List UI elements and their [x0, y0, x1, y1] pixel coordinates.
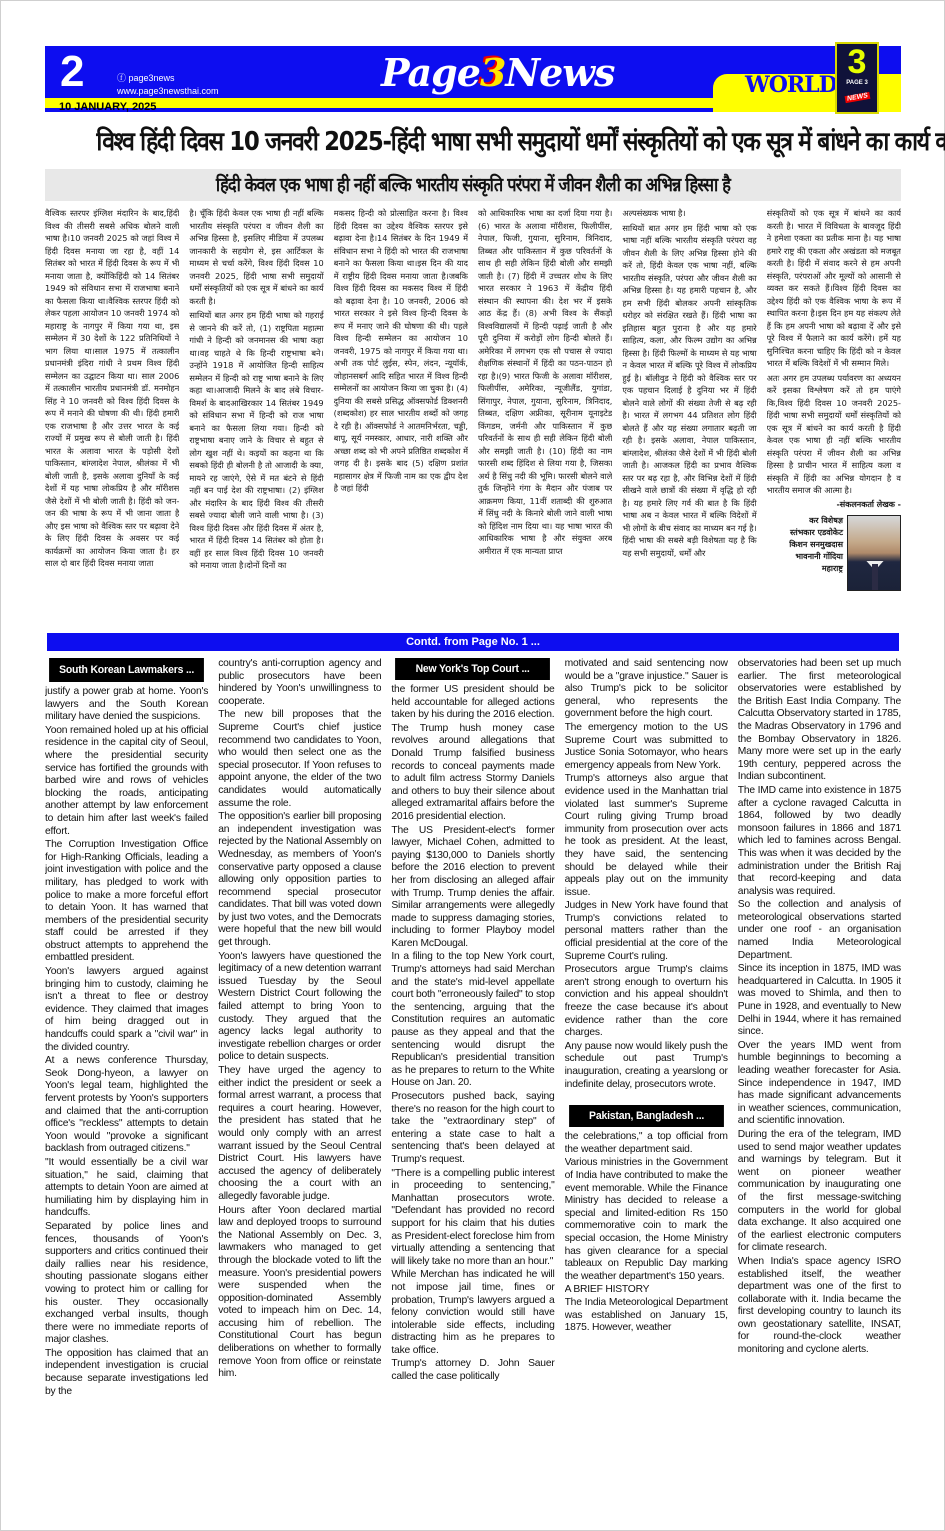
article-paragraph: Separated by police lines and fences, th…	[45, 1221, 208, 1347]
facebook-icon: ⓕ	[117, 73, 129, 83]
newspaper-page: 2 ⓕ page3news www.page3newsthai.com 10 J…	[0, 0, 945, 1531]
english-column-1: South Korean Lawmakers ... justify a pow…	[45, 658, 208, 1498]
article-paragraph: the former US president should be held a…	[391, 684, 554, 722]
english-articles: South Korean Lawmakers ... justify a pow…	[45, 658, 901, 1498]
article-paragraph: At a news conference Thursday, Seok Dong…	[45, 1055, 208, 1156]
article-paragraph: country's anti-corruption agency and pub…	[218, 658, 381, 708]
article-paragraph: Judges in New York have found that Trump…	[565, 900, 728, 963]
article-paragraph: Hours after Yoon declared martial law an…	[218, 1205, 381, 1381]
english-column-4: motivated and said sentencing now would …	[565, 658, 728, 1498]
english-column-5: observatories had been set up much earli…	[738, 658, 901, 1498]
article-paragraph: When India's space agency ISRO establish…	[738, 1256, 901, 1357]
article-paragraph: "There is a compelling public interest i…	[391, 1168, 554, 1269]
article-paragraph: Various ministries in the Government of …	[565, 1157, 728, 1283]
article-paragraph: They have urged the agency to either ind…	[218, 1065, 381, 1204]
hindi-column-5: अल्पसंख्यक भाषा है। साथियों बात अगर हम ह…	[622, 207, 756, 625]
article-paragraph: The opposition's earlier bill proposing …	[218, 811, 381, 950]
continued-from-page-bar: Contd. from Page No. 1 ...	[47, 633, 899, 651]
article-paragraph: motivated and said sentencing now would …	[565, 658, 728, 721]
english-column-3: New York's Top Court ... the former US p…	[391, 658, 554, 1498]
issue-date: 10 JANUARY, 2025	[59, 101, 156, 113]
article-paragraph: the celebrations," a top official from t…	[565, 1131, 728, 1156]
article-paragraph: The US President-elect's former lawyer, …	[391, 825, 554, 951]
hindi-subheadline: हिंदी केवल एक भाषा ही नहीं बल्कि भारतीय …	[216, 169, 730, 201]
article-paragraph: Over the years IMD went from humble begi…	[738, 1040, 901, 1128]
website-link[interactable]: www.page3newsthai.com	[117, 86, 219, 96]
hindi-column-4: को आधिकारिक भाषा का दर्जा दिया गया है। (…	[478, 207, 612, 625]
author-photo	[847, 515, 901, 591]
article-kicker-south-korea: South Korean Lawmakers ...	[49, 658, 204, 682]
article-paragraph: The opposition has claimed that an indep…	[45, 1348, 208, 1398]
hindi-column-2: है। चूँकि हिंदी केवल एक भाषा ही नहीं बल्…	[189, 207, 323, 625]
article-paragraph: The Corruption Investigation Office for …	[45, 839, 208, 965]
article-paragraph: Trump's attorneys also argue that eviden…	[565, 773, 728, 899]
author-byline: कर विशेषज्ञ स्तंभकार एडवोकेट किशन सनमुखद…	[767, 515, 901, 591]
article-kicker-pakistan-bangladesh: Pakistan, Bangladesh ...	[569, 1105, 724, 1127]
article-paragraph: So the collection and analysis of meteor…	[738, 899, 901, 962]
article-paragraph: During the era of the telegram, IMD used…	[738, 1129, 901, 1255]
article-paragraph: "It would essentially be a civil war sit…	[45, 1157, 208, 1220]
section-subhead: A BRIEF HISTORY	[565, 1284, 728, 1297]
article-paragraph: Any pause now would likely push the sche…	[565, 1041, 728, 1091]
author-signoff: -संकलनकर्ता लेखक -	[767, 499, 901, 511]
hindi-headline: विश्व हिंदी दिवस 10 जनवरी 2025-हिंदी भाष…	[96, 122, 849, 158]
masthead: 2 ⓕ page3news www.page3newsthai.com 10 J…	[45, 46, 901, 106]
hindi-column-6: संस्कृतियों को एक सूत्र में बांधने का का…	[767, 207, 901, 625]
article-paragraph: observatories had been set up much earli…	[738, 658, 901, 784]
article-paragraph: Since its inception in 1875, IMD was hea…	[738, 963, 901, 1039]
article-paragraph: In a filing to the top New York court, T…	[391, 951, 554, 1090]
page3news-logo: Page3News	[381, 50, 614, 95]
article-paragraph: Yoon's lawyers argued against bringing h…	[45, 966, 208, 1054]
hindi-article-body: वैश्विक स्तरपर इंग्लिश मंदारिन के बाद,हि…	[45, 207, 901, 625]
section-label: WORLD	[745, 72, 837, 98]
article-paragraph: Yoon's lawyers have questioned the legit…	[218, 951, 381, 1064]
article-paragraph: Prosecutors argue Trump's claims aren't …	[565, 964, 728, 1040]
author-details: कर विशेषज्ञ स्तंभकार एडवोकेट किशन सनमुखद…	[767, 515, 843, 591]
facebook-handle[interactable]: ⓕ page3news	[117, 71, 175, 84]
article-paragraph: Trump's attorney D. John Sauer called th…	[391, 1358, 554, 1383]
page3-badge-logo: 3 PAGE 3 NEWS	[835, 42, 879, 114]
article-kicker-new-york: New York's Top Court ...	[395, 658, 550, 680]
page-number: 2	[60, 48, 84, 96]
hindi-column-3: मकसद हिन्दी को प्रोत्साहित करना है। विश्…	[334, 207, 468, 625]
article-paragraph: Yoon remained holed up at his official r…	[45, 725, 208, 838]
article-paragraph: The India Meteorological Department was …	[565, 1297, 728, 1335]
hindi-column-1: वैश्विक स्तरपर इंग्लिश मंदारिन के बाद,हि…	[45, 207, 179, 625]
article-paragraph: The Trump hush money case revolves aroun…	[391, 723, 554, 824]
article-paragraph: The emergency motion to the US Supreme C…	[565, 722, 728, 772]
article-paragraph: The new bill proposes that the Supreme C…	[218, 709, 381, 810]
article-paragraph: Prosecutors pushed back, saying there's …	[391, 1091, 554, 1167]
article-paragraph: While Merchan has indicated he will not …	[391, 1269, 554, 1357]
article-paragraph: justify a power grab at home. Yoon's law…	[45, 686, 208, 724]
hindi-subheadline-bar: हिंदी केवल एक भाषा ही नहीं बल्कि भारतीय …	[45, 169, 901, 201]
english-column-2: country's anti-corruption agency and pub…	[218, 658, 381, 1498]
article-paragraph: The IMD came into existence in 1875 afte…	[738, 785, 901, 898]
